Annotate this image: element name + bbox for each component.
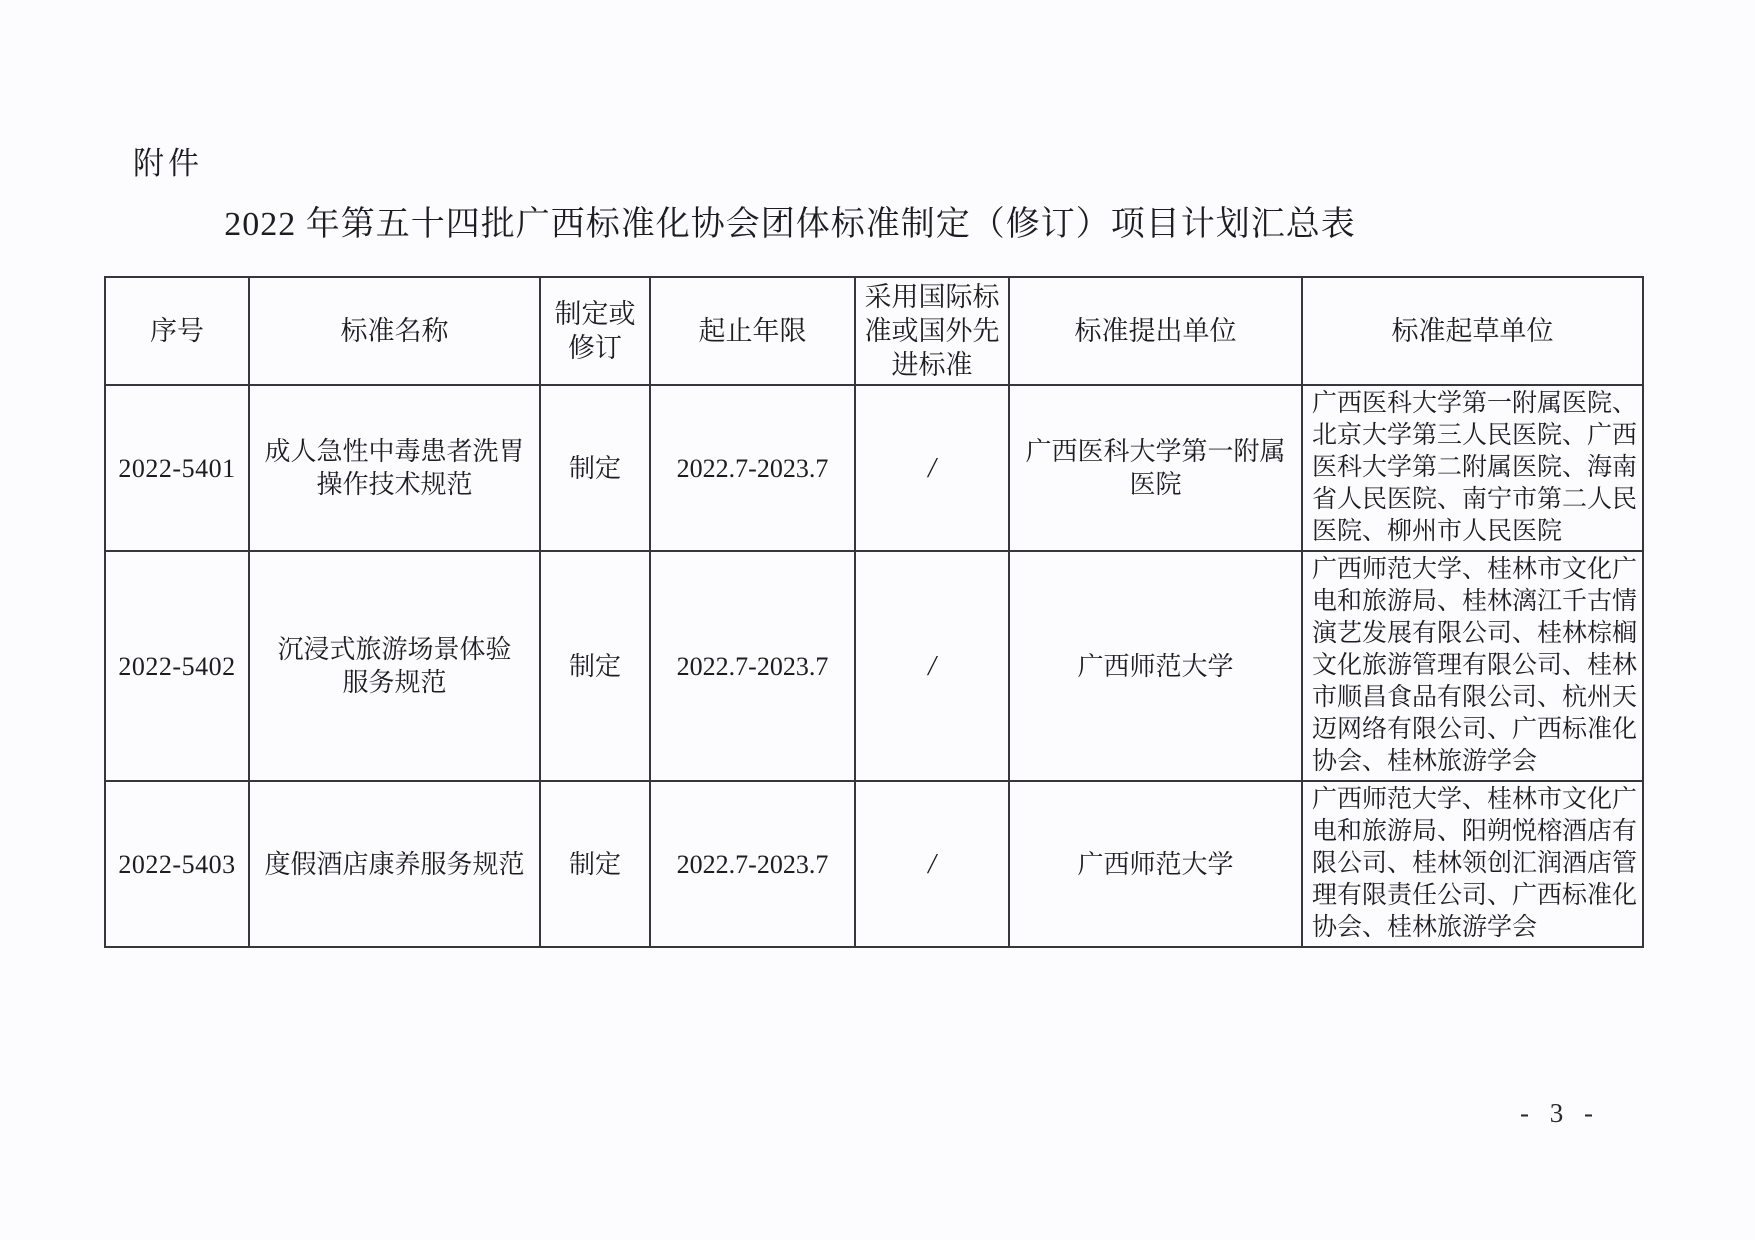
header-drafter: 标准起草单位 [1302,277,1643,385]
header-proposer: 标准提出单位 [1009,277,1302,385]
cell-type: 制定 [540,551,650,781]
cell-proposer: 广西师范大学 [1009,781,1302,947]
table-header-row: 序号 标准名称 制定或 修订 起止年限 采用国际标 准或国外先 进标准 标准提出… [105,277,1643,385]
projects-table: 序号 标准名称 制定或 修订 起止年限 采用国际标 准或国外先 进标准 标准提出… [104,276,1644,948]
header-type: 制定或 修订 [540,277,650,385]
cell-drafter: 广西师范大学、桂林市文化广 电和旅游局、桂林漓江千古情 演艺发展有限公司、桂林棕… [1302,551,1643,781]
cell-name: 度假酒店康养服务规范 [249,781,540,947]
cell-drafter: 广西医科大学第一附属医院、 北京大学第三人民医院、广西 医科大学第二附属医院、海… [1302,385,1643,551]
header-intl: 采用国际标 准或国外先 进标准 [855,277,1009,385]
document-page: 附件 2022 年第五十四批广西标准化协会团体标准制定（修订）项目计划汇总表 序… [0,0,1755,1240]
cell-type: 制定 [540,385,650,551]
cell-proposer: 广西医科大学第一附属 医院 [1009,385,1302,551]
page-number: - 3 - [1520,1098,1600,1129]
cell-period: 2022.7-2023.7 [650,781,855,947]
table-row: 2022-5402 沉浸式旅游场景体验 服务规范 制定 2022.7-2023.… [105,551,1643,781]
cell-period: 2022.7-2023.7 [650,551,855,781]
header-name: 标准名称 [249,277,540,385]
cell-name: 沉浸式旅游场景体验 服务规范 [249,551,540,781]
header-period: 起止年限 [650,277,855,385]
table-row: 2022-5401 成人急性中毒患者洗胃 操作技术规范 制定 2022.7-20… [105,385,1643,551]
cell-period: 2022.7-2023.7 [650,385,855,551]
cell-drafter: 广西师范大学、桂林市文化广 电和旅游局、阳朔悦榕酒店有 限公司、桂林领创汇润酒店… [1302,781,1643,947]
page-title: 2022 年第五十四批广西标准化协会团体标准制定（修订）项目计划汇总表 [0,196,1580,245]
cell-type: 制定 [540,781,650,947]
cell-intl: / [855,551,1009,781]
cell-name: 成人急性中毒患者洗胃 操作技术规范 [249,385,540,551]
cell-seq: 2022-5403 [105,781,249,947]
table-row: 2022-5403 度假酒店康养服务规范 制定 2022.7-2023.7 / … [105,781,1643,947]
cell-proposer: 广西师范大学 [1009,551,1302,781]
cell-seq: 2022-5401 [105,385,249,551]
header-seq: 序号 [105,277,249,385]
cell-intl: / [855,385,1009,551]
cell-seq: 2022-5402 [105,551,249,781]
cell-intl: / [855,781,1009,947]
attachment-label: 附件 [133,138,203,183]
